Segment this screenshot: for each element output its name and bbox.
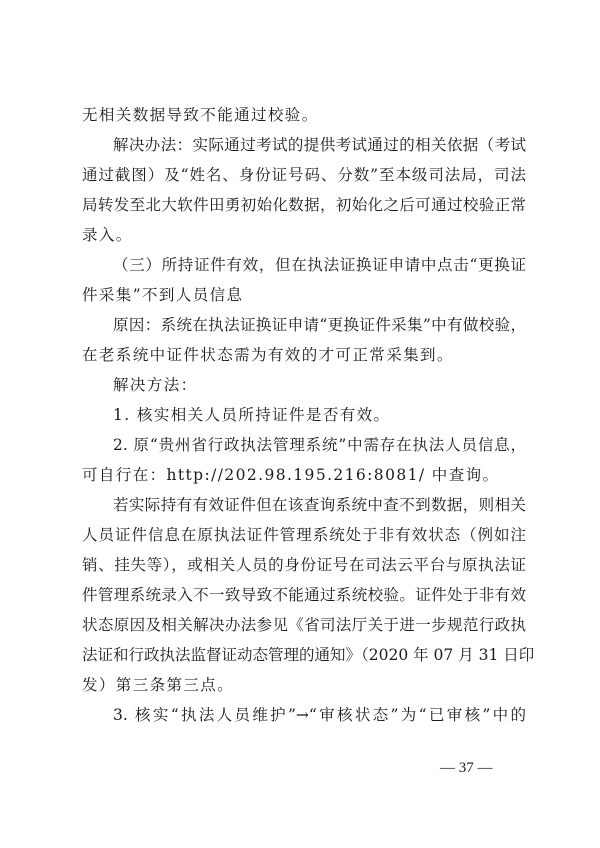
text-line: 局转发至北大软件田勇初始化数据，初始化之后可通过校验正常 (82, 190, 526, 220)
text-line: 可自行在：http://202.98.195.216:8081/ 中查询。 (82, 460, 526, 490)
text-line: 人员证件信息在原执法证件管理系统处于非有效状态（例如注 (82, 520, 526, 550)
section-heading: 件采集”不到人员信息 (82, 280, 526, 310)
text-line: 原因：系统在执法证换证申请“更换证件采集”中有做校验， (82, 310, 526, 340)
text-line: 法证和行政执法监督证动态管理的通知》（2020 年 07 月 31 日印 (82, 640, 526, 670)
text-line: 件管理系统录入不一致导致不能通过系统校验。证件处于非有效 (82, 580, 526, 610)
document-body: 无相关数据导致不能通过校验。 解决办法：实际通过考试的提供考试通过的相关依据（考… (82, 100, 526, 730)
section-heading: （三）所持证件有效，但在执法证换证申请中点击“更换证 (82, 250, 526, 280)
text-line: 发）第三条第三点。 (82, 670, 526, 700)
list-item: 1. 核实相关人员所持证件是否有效。 (82, 400, 526, 430)
text-line: 解决方法： (82, 370, 526, 400)
text-line: 录入。 (82, 220, 526, 250)
text-line: 状态原因及相关解决办法参见《省司法厅关于进一步规范行政执 (82, 610, 526, 640)
text-line: 若实际持有有效证件但在该查询系统中查不到数据，则相关 (82, 490, 526, 520)
list-item: 2. 原“贵州省行政执法管理系统”中需存在执法人员信息， (82, 430, 526, 460)
text-line: 无相关数据导致不能通过校验。 (82, 100, 526, 130)
text-line: 在老系统中证件状态需为有效的才可正常采集到。 (82, 340, 526, 370)
text-line: 通过截图）及“姓名、身份证号码、分数”至本级司法局，司法 (82, 160, 526, 190)
list-item: 3. 核实“执法人员维护”→“审核状态”为“已审核”中的 (82, 700, 526, 730)
page-number: — 37 — (440, 760, 493, 777)
text-line: 解决办法：实际通过考试的提供考试通过的相关依据（考试 (82, 130, 526, 160)
text-line: 销、挂失等），或相关人员的身份证号在司法云平台与原执法证 (82, 550, 526, 580)
